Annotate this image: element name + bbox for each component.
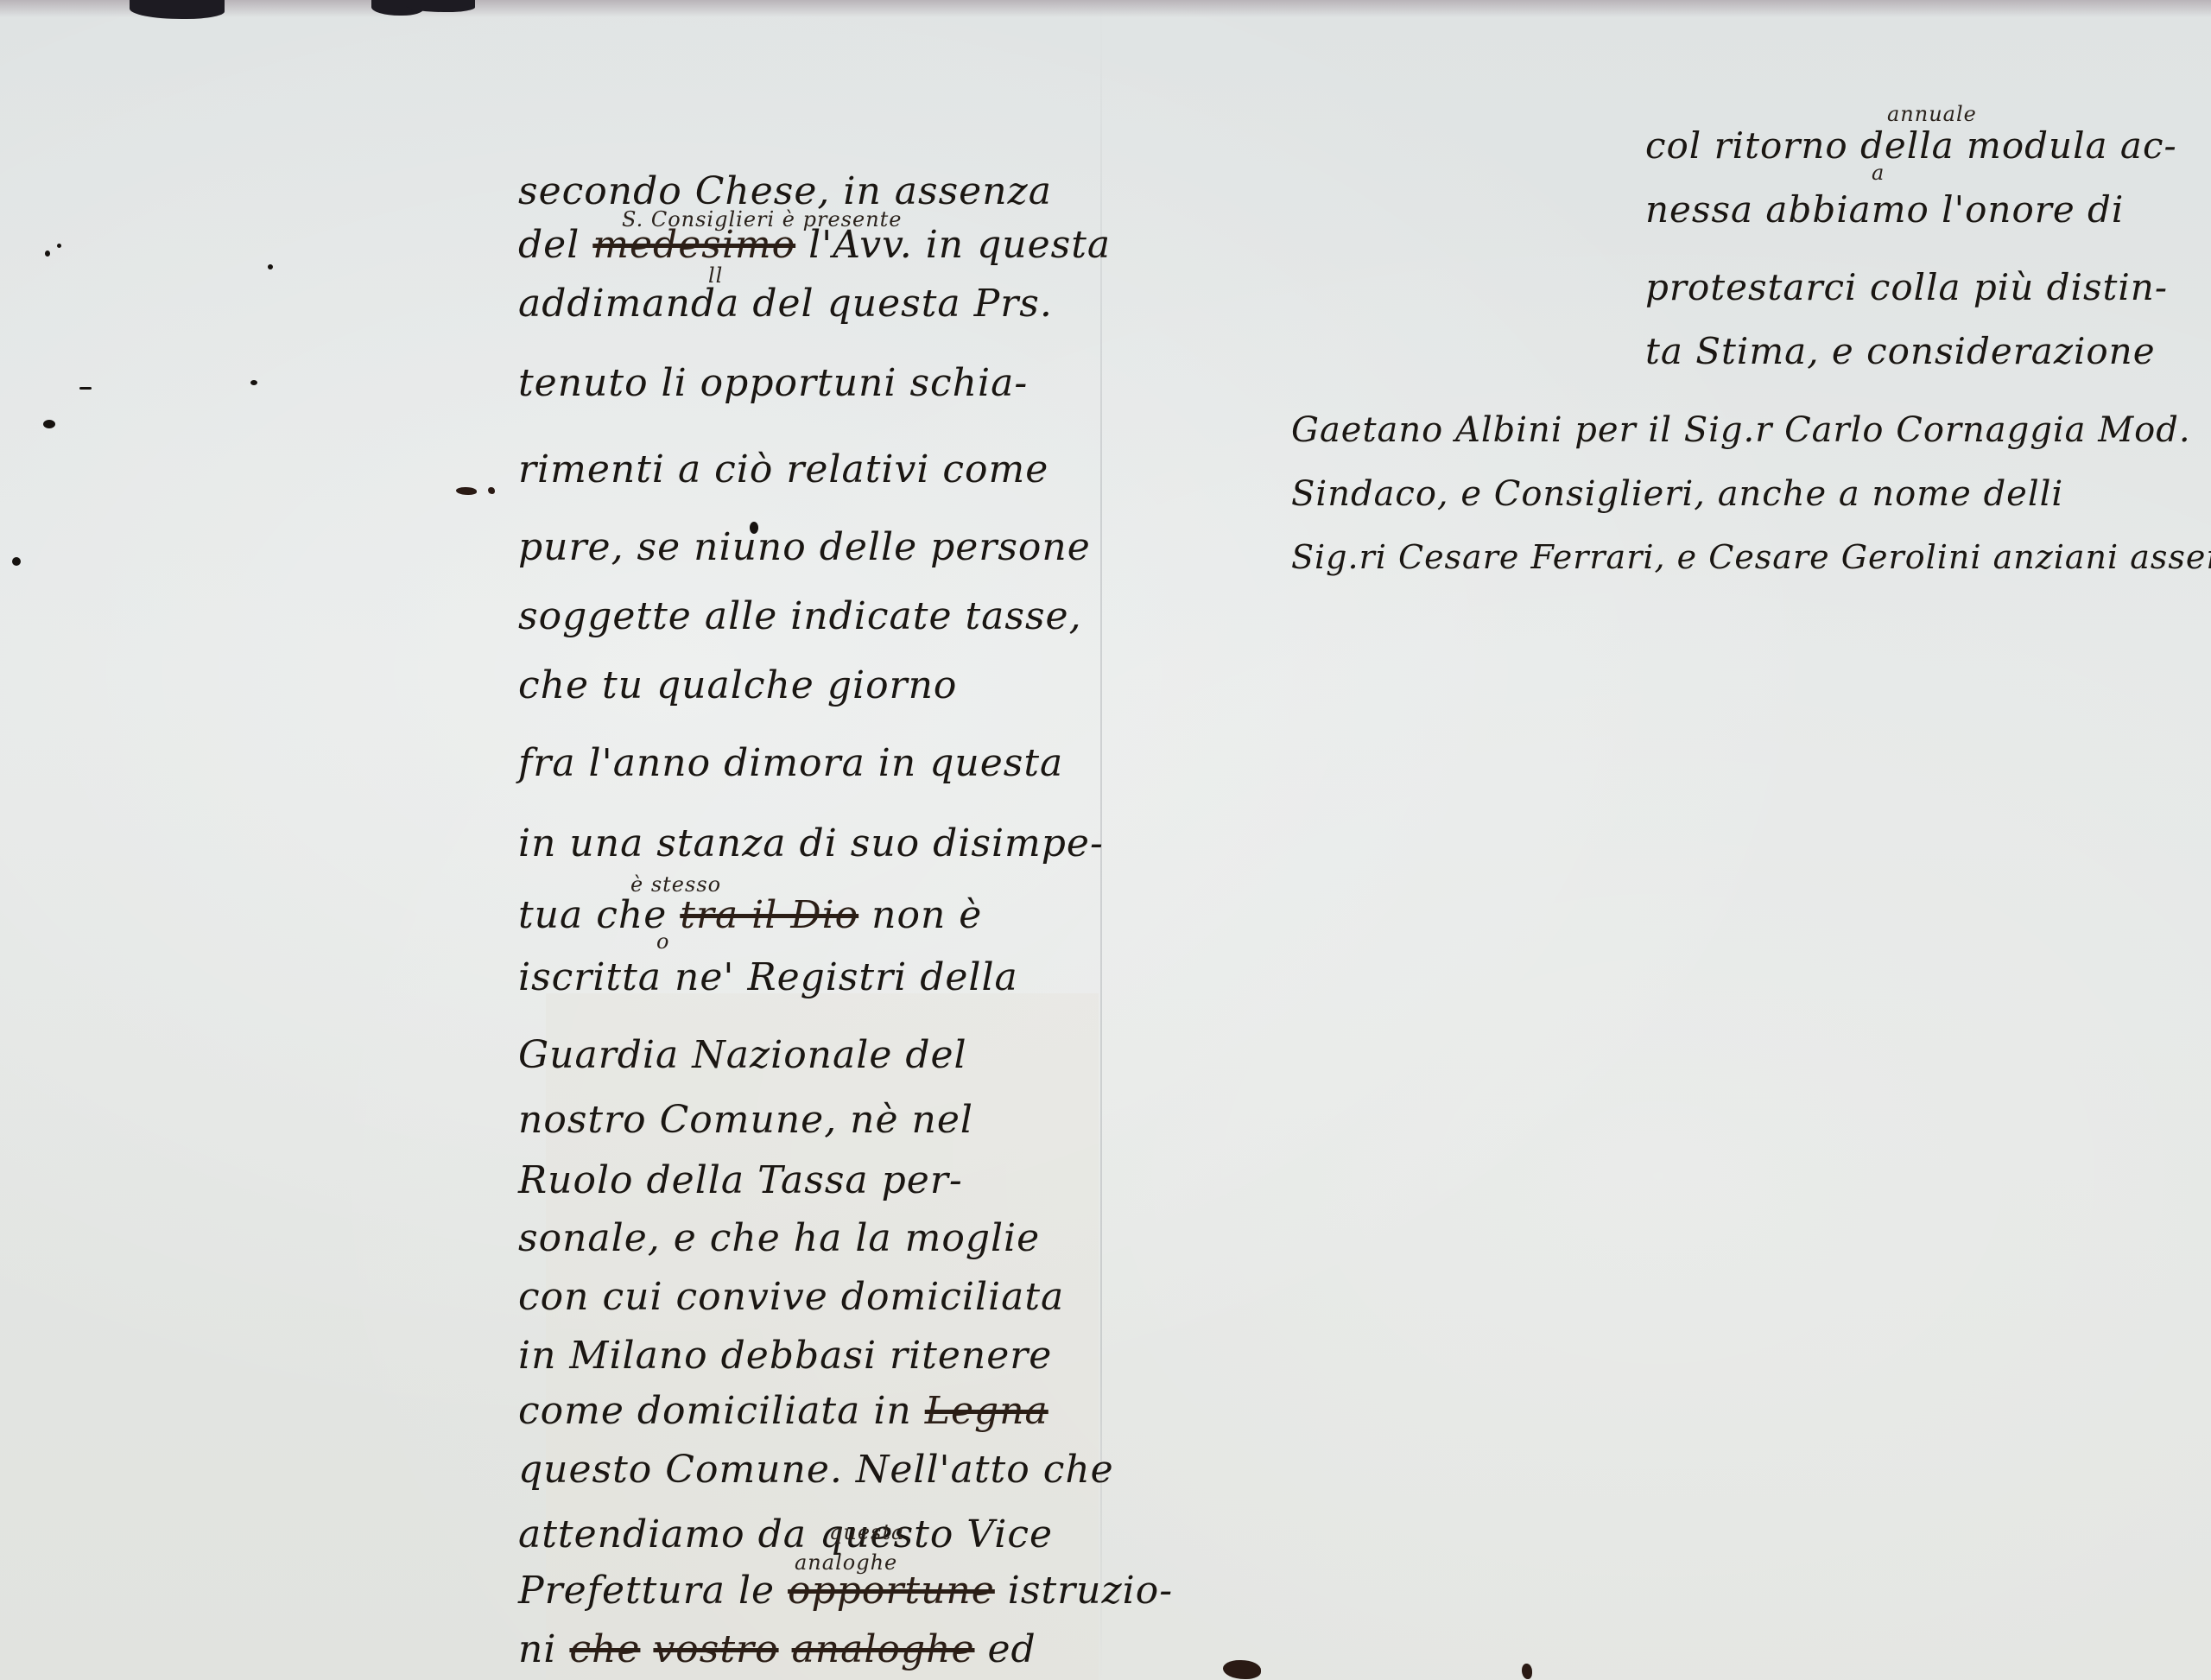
- interlinear-insertion: è stesso: [630, 872, 721, 897]
- text-line: Ruolo della Tassa per-: [518, 1162, 963, 1200]
- text-fragment: istruzio-: [995, 1569, 1173, 1613]
- interlinear-insertion: S. Consiglieri è presente: [622, 207, 903, 231]
- text-line: che tu qualche giorno: [518, 667, 957, 705]
- text-line: soggette alle indicate tasse,: [518, 598, 1082, 636]
- text-line-with-correction: tua che tra il Dio non è: [518, 897, 982, 935]
- ink-blot: [488, 487, 495, 494]
- text-line: in una stanza di suo disimpe-: [518, 825, 1104, 863]
- text-fragment: non è: [858, 893, 982, 937]
- text-fragment: del: [518, 223, 592, 267]
- struck-text: tra il Dio: [680, 893, 858, 937]
- struck-text: che: [569, 1627, 640, 1671]
- text-line: con cui convive domiciliata: [518, 1278, 1064, 1316]
- text-line: col ritorno della modula ac-: [1645, 128, 2177, 164]
- ink-spot: [57, 244, 61, 248]
- manuscript-page: secondo Chese, in assenza del medesimo l…: [0, 0, 2211, 1680]
- insertion-mark: a: [1872, 161, 1885, 185]
- text-line-with-correction: Prefettura le opportune istruzio-: [518, 1572, 1173, 1610]
- text-line: tenuto li opportuni schia-: [518, 365, 1028, 403]
- text-line-with-correction: del medesimo l'Avv. in questa: [518, 226, 1111, 264]
- signature-line: Sindaco, e Consiglieri, anche a nome del…: [1291, 477, 2063, 511]
- struck-text: analoghe: [792, 1627, 975, 1671]
- text-line: in Milano debbasi ritenere: [518, 1337, 1052, 1375]
- ink-spot: [43, 420, 55, 428]
- struck-text: Legna: [925, 1389, 1048, 1433]
- struck-text: opportune: [788, 1569, 995, 1613]
- struck-text: vostro: [653, 1627, 778, 1671]
- text-line: Guardia Nazionale del: [518, 1037, 967, 1075]
- signature-line: Gaetano Albini per il Sig.r Carlo Cornag…: [1291, 413, 2191, 447]
- ink-blot: [1223, 1660, 1261, 1679]
- text-line: questo Comune. Nell'atto che: [518, 1451, 1114, 1489]
- interlinear-insertion: annuale: [1887, 102, 1977, 126]
- text-line: sonale, e che ha la moglie: [518, 1220, 1040, 1258]
- text-line: iscritta ne' Registri della: [518, 959, 1018, 997]
- text-line: protestarci colla più distin-: [1645, 269, 2168, 306]
- ink-spot: [12, 557, 21, 566]
- text-line-with-correction: come domiciliata in Legna: [518, 1392, 1048, 1430]
- text-line: pure, se niuno delle persone: [518, 529, 1091, 567]
- text-line: nostro Comune, nè nel: [518, 1101, 973, 1139]
- text-line-with-correction: ni che vostro analoghe ed: [518, 1631, 1036, 1669]
- interlinear-insertion: analoghe: [795, 1550, 897, 1575]
- text-fragment: ed: [975, 1627, 1036, 1671]
- ink-spot: [45, 250, 50, 257]
- ink-spot: [250, 380, 257, 385]
- signature-line: Sig.ri Cesare Ferrari, e Cesare Gerolini…: [1291, 541, 2211, 574]
- text-line: nessa abbiamo l'onore di: [1645, 192, 2124, 228]
- text-line: ta Stima, e considerazione: [1645, 333, 2156, 370]
- text-fragment: come domiciliata in: [518, 1389, 925, 1433]
- torn-top-edge: [0, 0, 2211, 17]
- ink-blot: [456, 487, 477, 495]
- text-line: attendiamo da questo Vice: [518, 1516, 1053, 1554]
- text-line: addimanda del questa Prs.: [518, 285, 1053, 323]
- insertion-mark: o: [656, 929, 669, 954]
- interlinear-insertion: questa: [829, 1520, 904, 1544]
- text-fragment: Prefettura le: [518, 1569, 788, 1613]
- ink-spot: [79, 387, 92, 390]
- text-fragment: ni: [518, 1627, 569, 1671]
- ink-blot: [1522, 1664, 1532, 1679]
- ink-spot: [268, 264, 273, 269]
- text-line: fra l'anno dimora in questa: [518, 745, 1063, 783]
- text-line: secondo Chese, in assenza: [518, 173, 1052, 211]
- text-line: rimenti a ciò relativi come: [518, 451, 1048, 489]
